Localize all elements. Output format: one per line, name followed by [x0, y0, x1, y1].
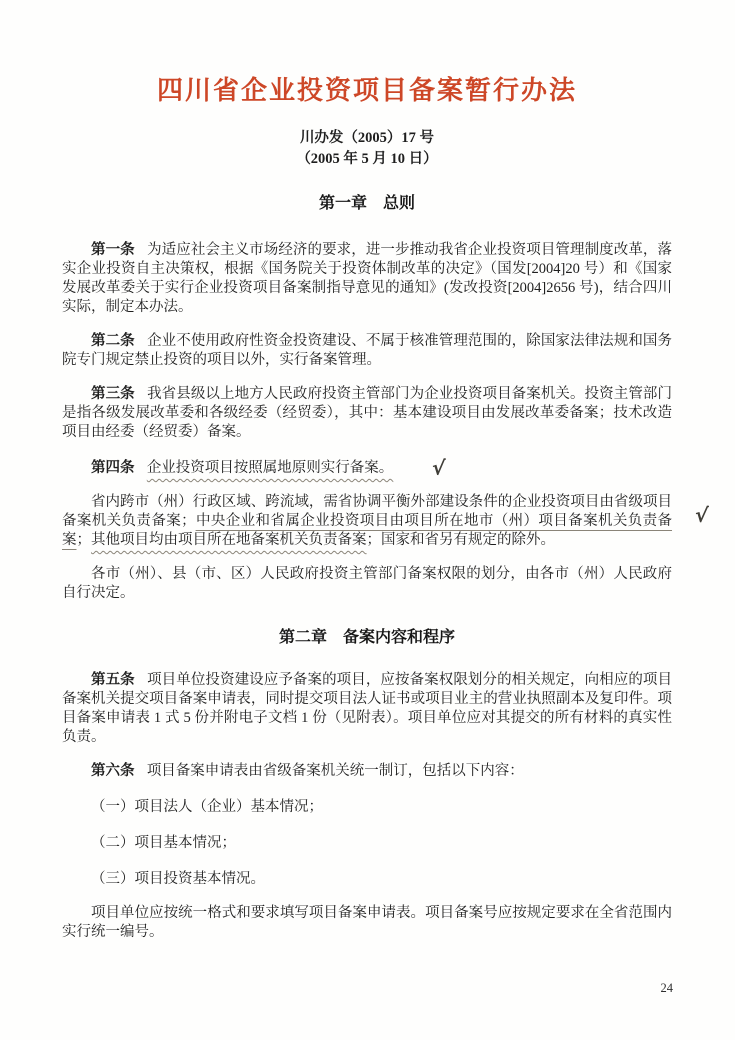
article-3-text: 我省县级以上地方人民政府投资主管部门为企业投资项目备案机关。投资主管部门是指各级… — [62, 386, 672, 440]
article-2-label: 第二条 — [91, 333, 135, 349]
article-5: 第五条项目单位投资建设应予备案的项目，应按备案权限划分的相关规定，向相应的项目备… — [62, 671, 672, 747]
article-1-label: 第一条 — [91, 242, 135, 258]
doc-date: （2005 年 5 月 10 日） — [62, 149, 672, 170]
article-4-label: 第四条 — [91, 460, 135, 476]
article-4-para2-seg4-wavy-underlined: 其他项目均由项目所在地备案机关负责备案 — [91, 532, 367, 548]
article-4-para2-seg5: ；国家和省另有规定的除外。 — [367, 532, 556, 548]
article-6-label: 第六条 — [91, 763, 135, 779]
handwritten-checkmark-icon: √ — [403, 456, 446, 478]
article-3: 第三条我省县级以上地方人民政府投资主管部门为企业投资项目备案机关。投资主管部门是… — [62, 385, 672, 442]
article-1-text: 为适应社会主义市场经济的要求，进一步推动我省企业投资项目管理制度改革，落实企业投… — [62, 242, 672, 315]
article-4-paragraph-3: 各市（州）、县（市、区）人民政府投资主管部门备案权限的划分，由各市（州）人民政府… — [62, 565, 672, 603]
document-page: 四川省企业投资项目备案暂行办法 川办发（2005）17 号 （2005 年 5 … — [0, 0, 735, 1040]
article-6-closing-paragraph: 项目单位应按统一格式和要求填写项目备案申请表。项目备案号应按规定要求在全省范围内… — [62, 904, 672, 942]
article-4-para2-seg3: ； — [77, 532, 92, 548]
article-1: 第一条为适应社会主义市场经济的要求，进一步推动我省企业投资项目管理制度改革，落实… — [62, 241, 672, 317]
article-6-list-item-1: （一）项目法人（企业）基本情况； — [62, 798, 672, 817]
document-title: 四川省企业投资项目备案暂行办法 — [62, 70, 672, 107]
page-number: 24 — [661, 981, 674, 996]
article-6-list-item-2: （二）项目基本情况； — [62, 834, 672, 853]
document-meta: 川办发（2005）17 号 （2005 年 5 月 10 日） — [62, 128, 672, 170]
article-6-text: 项目备案申请表由省级备案机关统一制订，包括以下内容： — [147, 763, 524, 779]
article-6-list-item-3: （三）项目投资基本情况。 — [62, 870, 672, 889]
article-3-label: 第三条 — [91, 386, 135, 402]
chapter-2-heading: 第二章 备案内容和程序 — [62, 624, 672, 647]
doc-number: 川办发（2005）17 号 — [62, 128, 672, 149]
chapter-1-heading: 第一章 总则 — [62, 190, 672, 213]
article-5-text: 项目单位投资建设应予备案的项目，应按备案权限划分的相关规定，向相应的项目备案机关… — [62, 672, 672, 745]
article-6: 第六条项目备案申请表由省级备案机关统一制订，包括以下内容： — [62, 762, 672, 781]
article-2-text: 企业不使用政府性资金投资建设、不属于核准管理范围的，除国家法律法规和国务院专门规… — [62, 333, 672, 368]
article-4-text-wavy-underlined: 企业投资项目按照属地原则实行备案。 — [147, 460, 394, 476]
article-4-paragraph-2: 省内跨市（州）行政区域、跨流域，需省协调平衡外部建设条件的企业投资项目由省级项目… — [62, 493, 672, 550]
article-5-label: 第五条 — [91, 672, 135, 688]
article-2: 第二条企业不使用政府性资金投资建设、不属于核准管理范围的，除国家法律法规和国务院… — [62, 332, 672, 370]
article-4: 第四条企业投资项目按照属地原则实行备案。√ — [62, 457, 672, 478]
article-4-para3-text: 各市（州）、县（市、区）人民政府投资主管部门备案权限的划分，由各市（州）人民政府… — [62, 566, 672, 601]
handwritten-checkmark-icon: √ — [665, 503, 709, 526]
